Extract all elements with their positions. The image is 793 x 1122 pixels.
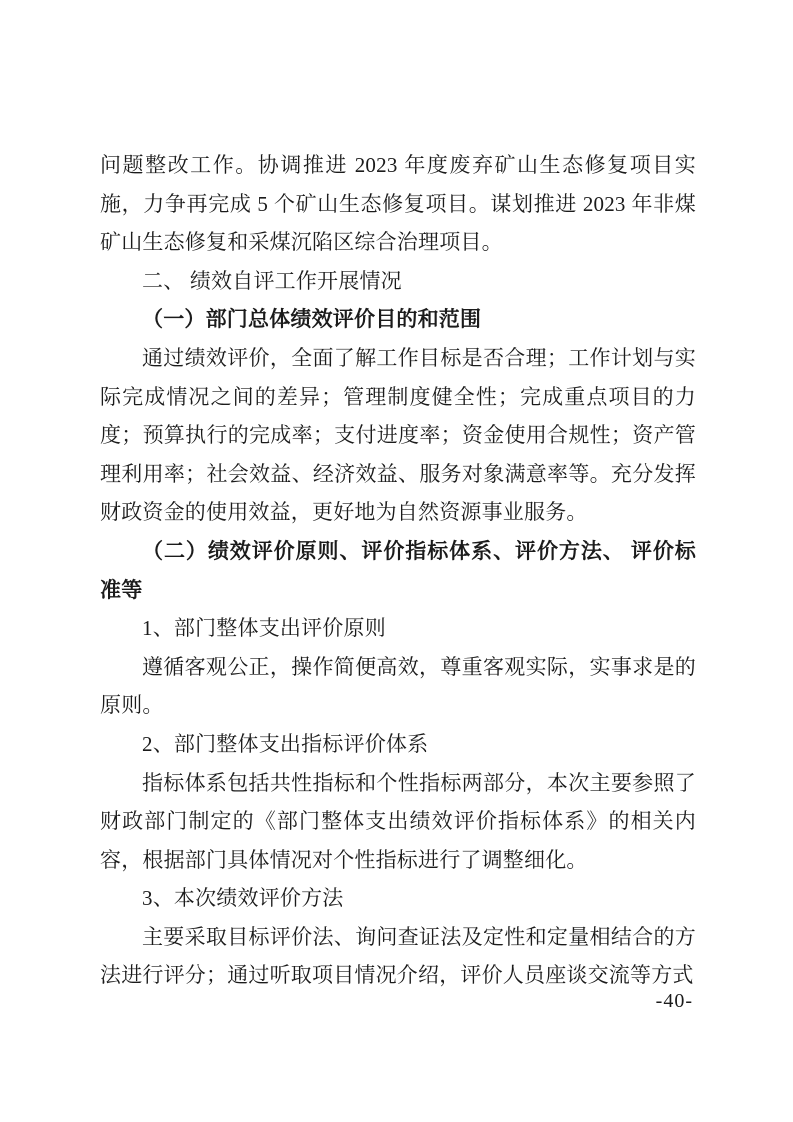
- page-number: -40-: [656, 988, 693, 1014]
- section-heading-2: 二、 绩效自评工作开展情况: [100, 262, 696, 301]
- paragraph-indicator-system: 指标体系包括共性指标和个性指标两部分，本次主要参照了财政部门制定的《部门整体支出…: [100, 764, 696, 880]
- numbered-item-3: 3、本次绩效评价方法: [100, 879, 696, 918]
- subsection-heading-2: （二）绩效评价原则、评价指标体系、评价方法、 评价标准等: [100, 532, 696, 609]
- subsection-heading-1: （一）部门总体绩效评价目的和范围: [100, 300, 696, 339]
- paragraph-principles: 遵循客观公正，操作简便高效，尊重客观实际，实事求是的原则。: [100, 648, 696, 725]
- document-body: 问题整改工作。协调推进 2023 年度废弃矿山生态修复项目实施，力争再完成 5 …: [100, 146, 696, 995]
- paragraph-continuation: 问题整改工作。协调推进 2023 年度废弃矿山生态修复项目实施，力争再完成 5 …: [100, 146, 696, 262]
- numbered-item-1: 1、部门整体支出评价原则: [100, 609, 696, 648]
- paragraph-evaluation-purpose: 通过绩效评价，全面了解工作目标是否合理；工作计划与实际完成情况之间的差异；管理制…: [100, 339, 696, 532]
- document-page: 问题整改工作。协调推进 2023 年度废弃矿山生态修复项目实施，力争再完成 5 …: [0, 0, 793, 1122]
- paragraph-evaluation-method: 主要采取目标评价法、询问查证法及定性和定量相结合的方法进行评分；通过听取项目情况…: [100, 918, 696, 995]
- numbered-item-2: 2、部门整体支出指标评价体系: [100, 725, 696, 764]
